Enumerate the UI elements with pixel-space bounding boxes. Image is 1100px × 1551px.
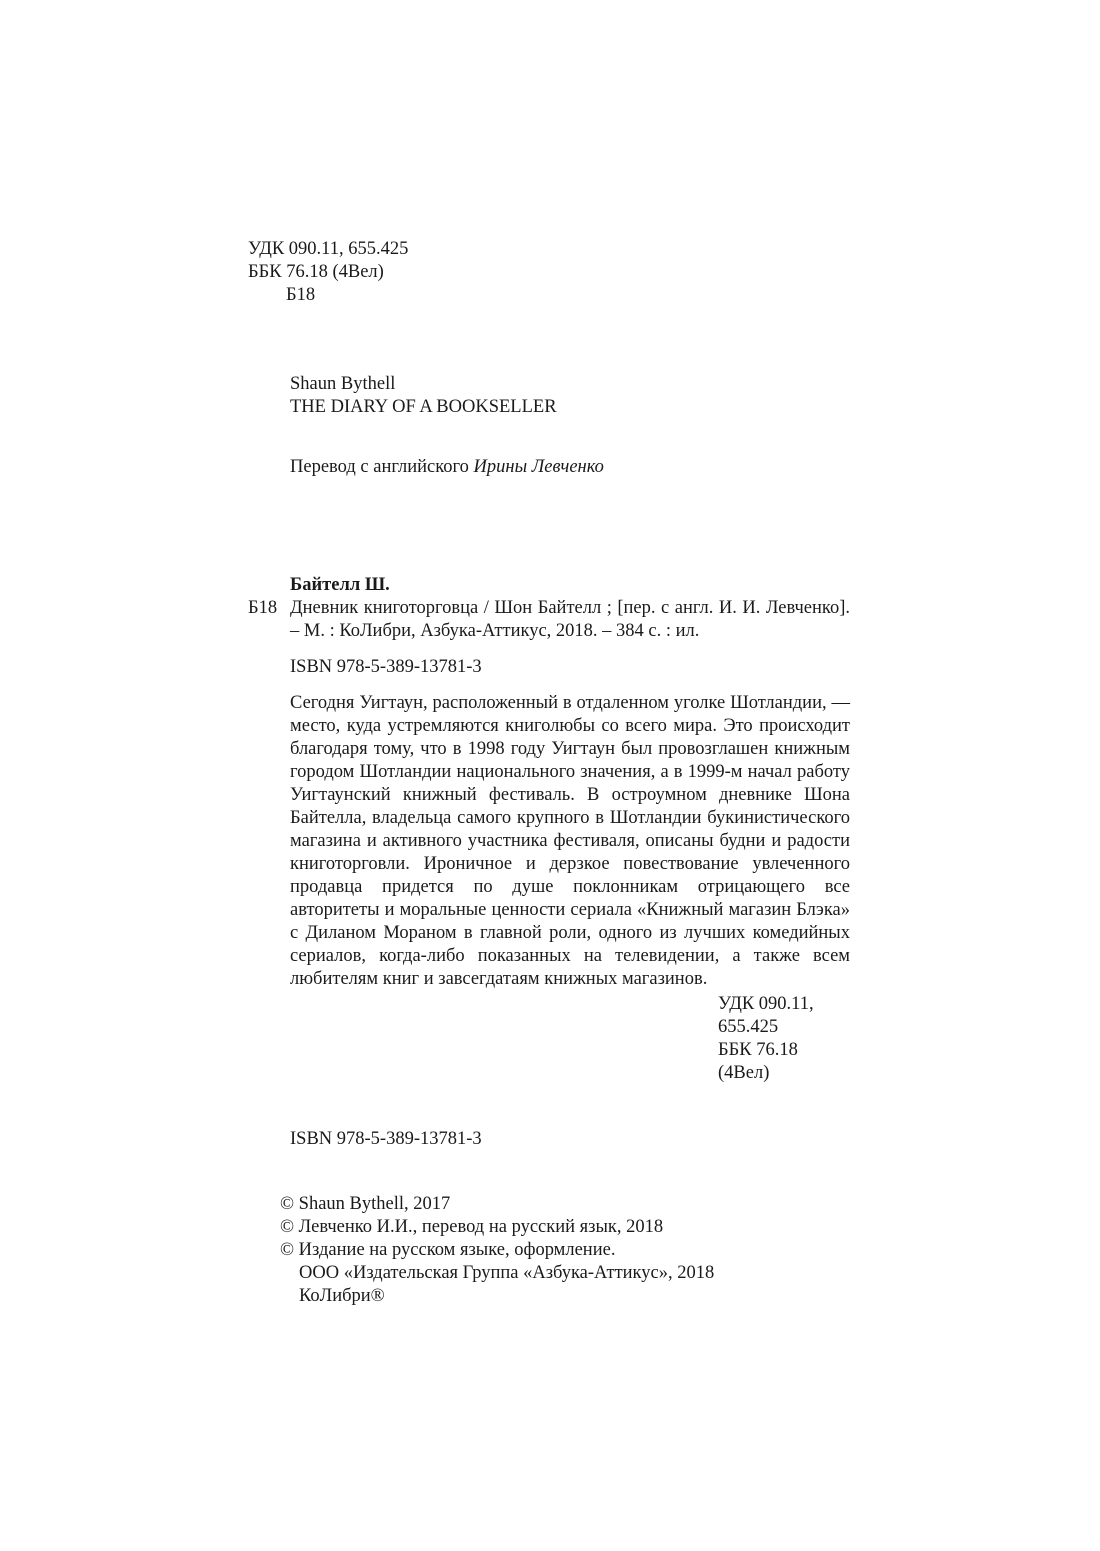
catalog-udk: УДК 090.11, 655.425 xyxy=(248,993,850,1039)
copyright-line: ООО «Издательская Группа «Азбука-Аттикус… xyxy=(280,1262,714,1285)
catalog-author-heading: Байтелл Ш. xyxy=(248,574,850,597)
copyright-line: © Издание на русском языке, оформление. xyxy=(280,1239,714,1262)
copyright-line: © Левченко И.И., перевод на русский язык… xyxy=(280,1216,714,1239)
translation-credit: Перевод с английского Ирины Левченко xyxy=(290,456,604,479)
original-edition: Shaun Bythell THE DIARY OF A BOOKSELLER xyxy=(290,373,557,419)
copyright-block: © Shaun Bythell, 2017 © Левченко И.И., п… xyxy=(280,1193,714,1308)
translator-name: Ирины Левченко xyxy=(474,457,604,477)
catalog-annotation: Сегодня Уигтаун, расположенный в отдален… xyxy=(248,692,850,991)
isbn-bottom: ISBN 978-5-389-13781-3 xyxy=(290,1128,482,1151)
translation-prefix: Перевод с английского xyxy=(290,457,474,477)
original-author: Shaun Bythell xyxy=(290,373,557,396)
bbk-code: ББК 76.18 (4Вел) xyxy=(248,261,408,284)
copyright-line: © Shaun Bythell, 2017 xyxy=(280,1193,714,1216)
catalog-description: Дневник книготорговца / Шон Байтелл ; [п… xyxy=(290,597,850,643)
classification-block: УДК 090.11, 655.425 ББК 76.18 (4Вел) Б18 xyxy=(248,238,408,307)
copyright-line: КоЛибри® xyxy=(280,1285,714,1308)
original-title: THE DIARY OF A BOOKSELLER xyxy=(290,396,557,419)
author-mark: Б18 xyxy=(248,284,408,307)
catalog-card: Байтелл Ш. Б18 Дневник книготорговца / Ш… xyxy=(248,574,850,1085)
catalog-bbk: ББК 76.18 (4Вел) xyxy=(248,1039,850,1085)
catalog-isbn: ISBN 978-5-389-13781-3 xyxy=(248,656,850,679)
catalog-author-mark: Б18 xyxy=(248,597,290,643)
udk-code: УДК 090.11, 655.425 xyxy=(248,238,408,261)
